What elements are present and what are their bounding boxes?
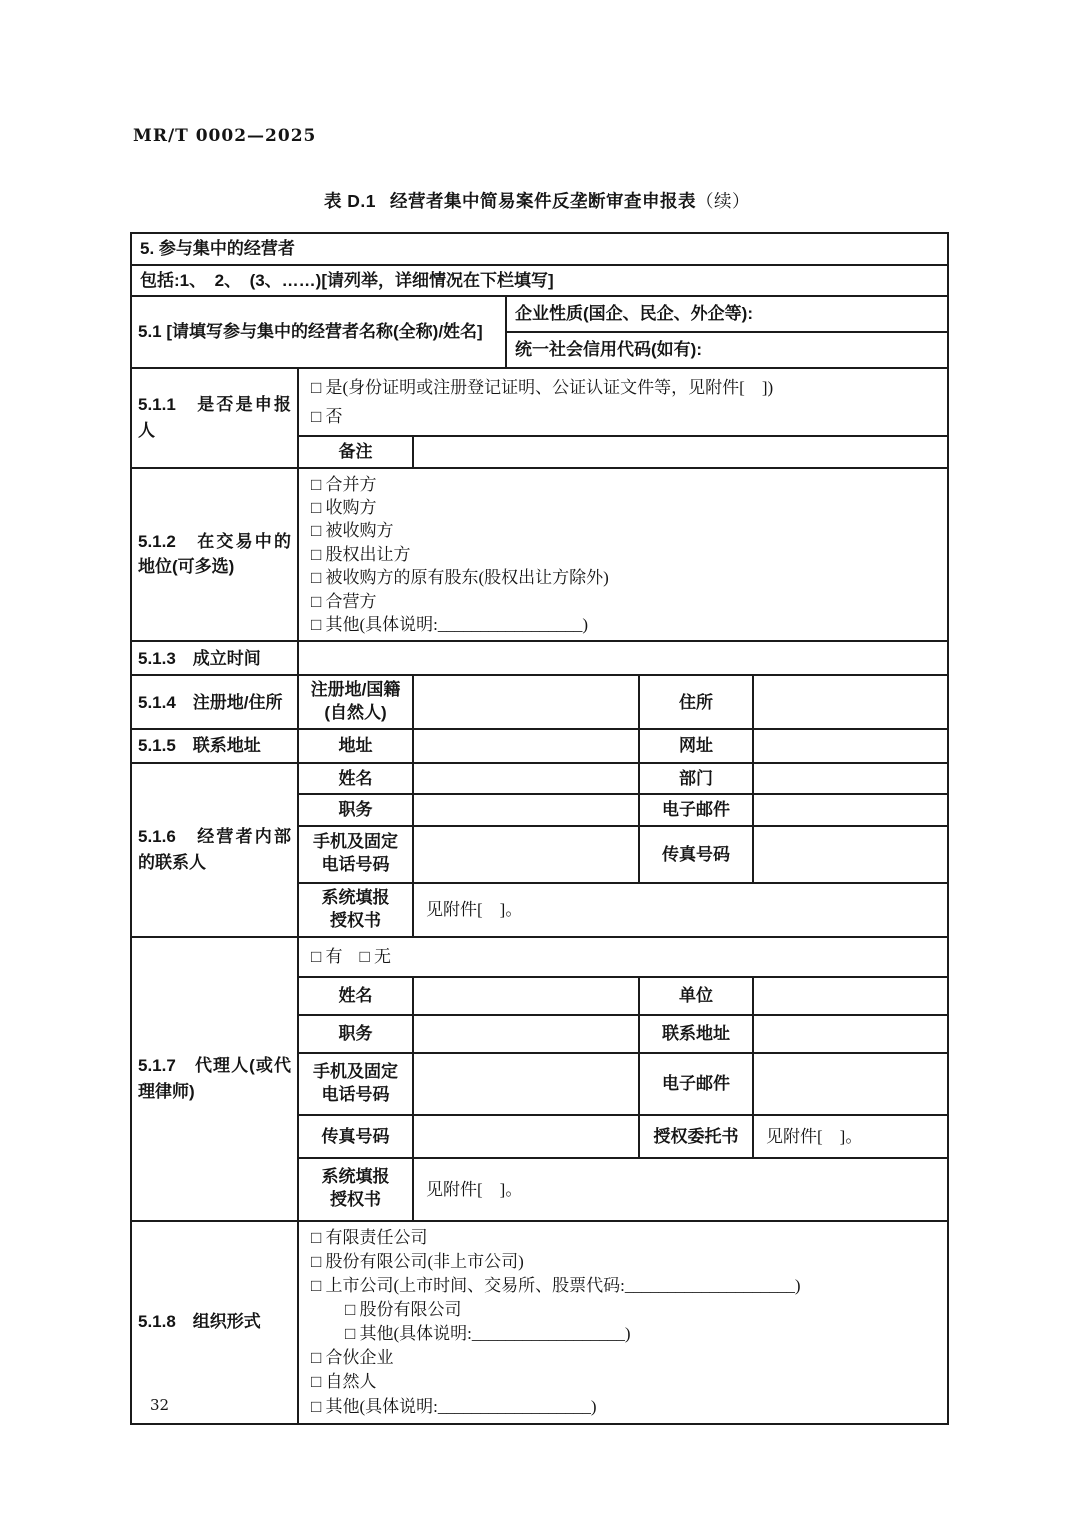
- title-main: 经营者集中简易案件反垄断审查申报表: [390, 191, 696, 211]
- r518-option-llc: □ 有限责任公司: [311, 1226, 943, 1250]
- r511-label: 5.1.1 是否是申报人: [131, 368, 298, 468]
- agent-phone-value-cell: [413, 1053, 639, 1115]
- title-suffix: （续）: [696, 191, 750, 211]
- remark-label: 备注: [298, 436, 413, 468]
- page-title: 表 D.1经营者集中简易案件反垄断审查申报表（续）: [0, 188, 1074, 213]
- address-value-cell: [413, 729, 639, 763]
- residence-value-cell: [753, 675, 948, 729]
- r511-option-yes: □ 是(身份证明或注册登记证明、公证认证文件等，见附件[ ]): [311, 373, 943, 402]
- registration-place-label: 注册地/国籍 (自然人): [298, 675, 413, 729]
- contact-fax-label: 传真号码: [639, 826, 753, 883]
- r512-option-original-shareholder: □ 被收购方的原有股东(股权出让方除外): [311, 566, 943, 589]
- contact-phone-label: 手机及固定 电话号码: [298, 826, 413, 883]
- agent-poa-value: 见附件[ ]。: [753, 1115, 948, 1158]
- contact-title-value-cell: [413, 794, 639, 826]
- registration-place-value-cell: [413, 675, 639, 729]
- agent-phone-label: 手机及固定 电话号码: [298, 1053, 413, 1115]
- r514-label: 5.1.4 注册地/住所: [131, 675, 298, 729]
- r511-options: □ 是(身份证明或注册登记证明、公证认证文件等，见附件[ ]) □ 否: [298, 368, 948, 436]
- contact-email-value-cell: [753, 794, 948, 826]
- r513-label: 5.1.3 成立时间: [131, 641, 298, 675]
- contact-dept-label: 部门: [639, 763, 753, 795]
- contact-dept-value-cell: [753, 763, 948, 795]
- agent-title-value-cell: [413, 1015, 639, 1053]
- website-value-cell: [753, 729, 948, 763]
- agent-name-value-cell: [413, 977, 639, 1015]
- agent-poa-label: 授权委托书: [639, 1115, 753, 1158]
- r518-option-jsc-unlisted: □ 股份有限公司(非上市公司): [311, 1250, 943, 1274]
- agent-title-label: 职务: [298, 1015, 413, 1053]
- agent-org-label: 单位: [639, 977, 753, 1015]
- r517-label: 5.1.7 代理人(或代理律师): [131, 937, 298, 1221]
- r512-option-acquired: □ 被收购方: [311, 519, 943, 542]
- page-number: 32: [150, 1396, 169, 1414]
- document-page: MR/T 0002—2025 表 D.1经营者集中简易案件反垄断审查申报表（续）…: [0, 0, 1074, 1520]
- agent-fax-value-cell: [413, 1115, 639, 1158]
- standard-number: MR/T 0002—2025: [133, 126, 316, 146]
- r518-option-partnership: □ 合伙企业: [311, 1346, 943, 1370]
- r51-label: 5.1 [请填写参与集中的经营者名称(全称)/姓名]: [131, 296, 506, 368]
- section5-include-note: 包括:1、 2、 (3、……)[请列举，详细情况在下栏填写]: [131, 265, 948, 297]
- address-label: 地址: [298, 729, 413, 763]
- r512-option-equity-transferor: □ 股权出让方: [311, 543, 943, 566]
- contact-email-label: 电子邮件: [639, 794, 753, 826]
- table-number-label: 表 D.1: [324, 191, 376, 211]
- agent-sys-auth-label: 系统填报 授权书: [298, 1158, 413, 1221]
- r515-label: 5.1.5 联系地址: [131, 729, 298, 763]
- section5-header: 5. 参与集中的经营者: [131, 233, 948, 265]
- contact-title-label: 职务: [298, 794, 413, 826]
- agent-has-options: □ 有 □ 无: [298, 937, 948, 977]
- contact-fax-value-cell: [753, 826, 948, 883]
- contact-name-label: 姓名: [298, 763, 413, 795]
- r512-option-merger: □ 合并方: [311, 473, 943, 496]
- r512-option-other: □ 其他(具体说明:_________________): [311, 613, 943, 636]
- contact-sys-auth-label: 系统填报 授权书: [298, 883, 413, 937]
- residence-label: 住所: [639, 675, 753, 729]
- enterprise-nature-label: 企业性质(国企、民企、外企等):: [506, 296, 948, 332]
- r512-option-jv-party: □ 合营方: [311, 590, 943, 613]
- r516-label: 5.1.6 经营者内部的联系人: [131, 763, 298, 937]
- agent-fax-label: 传真号码: [298, 1115, 413, 1158]
- agent-email-value-cell: [753, 1053, 948, 1115]
- r512-options: □ 合并方 □ 收购方 □ 被收购方 □ 股权出让方 □ 被收购方的原有股东(股…: [298, 468, 948, 642]
- r518-option-natural-person: □ 自然人: [311, 1370, 943, 1394]
- website-label: 网址: [639, 729, 753, 763]
- r518-label: 5.1.8 组织形式: [131, 1221, 298, 1424]
- r518-option-listed-jsc: □ 股份有限公司: [311, 1298, 943, 1322]
- contact-name-value-cell: [413, 763, 639, 795]
- agent-name-label: 姓名: [298, 977, 413, 1015]
- remark-value-cell: [413, 436, 948, 468]
- credit-code-label: 统一社会信用代码(如有):: [506, 332, 948, 368]
- r518-option-listed: □ 上市公司(上市时间、交易所、股票代码:___________________…: [311, 1274, 943, 1298]
- agent-contact-value-cell: [753, 1015, 948, 1053]
- agent-contact-label: 联系地址: [639, 1015, 753, 1053]
- r511-option-no: □ 否: [311, 402, 943, 431]
- contact-phone-value-cell: [413, 826, 639, 883]
- r512-label: 5.1.2 在交易中的地位(可多选): [131, 468, 298, 642]
- r518-option-other: □ 其他(具体说明:__________________): [311, 1395, 943, 1419]
- r512-option-acquirer: □ 收购方: [311, 496, 943, 519]
- contact-sys-auth-value: 见附件[ ]。: [413, 883, 948, 937]
- r518-options: □ 有限责任公司 □ 股份有限公司(非上市公司) □ 上市公司(上市时间、交易所…: [298, 1221, 948, 1424]
- r518-option-listed-other: □ 其他(具体说明:__________________): [311, 1322, 943, 1346]
- declaration-form-table: 5. 参与集中的经营者 包括:1、 2、 (3、……)[请列举，详细情况在下栏填…: [130, 232, 949, 1425]
- r513-value-cell: [298, 641, 948, 675]
- agent-sys-auth-value: 见附件[ ]。: [413, 1158, 948, 1221]
- agent-email-label: 电子邮件: [639, 1053, 753, 1115]
- agent-org-value-cell: [753, 977, 948, 1015]
